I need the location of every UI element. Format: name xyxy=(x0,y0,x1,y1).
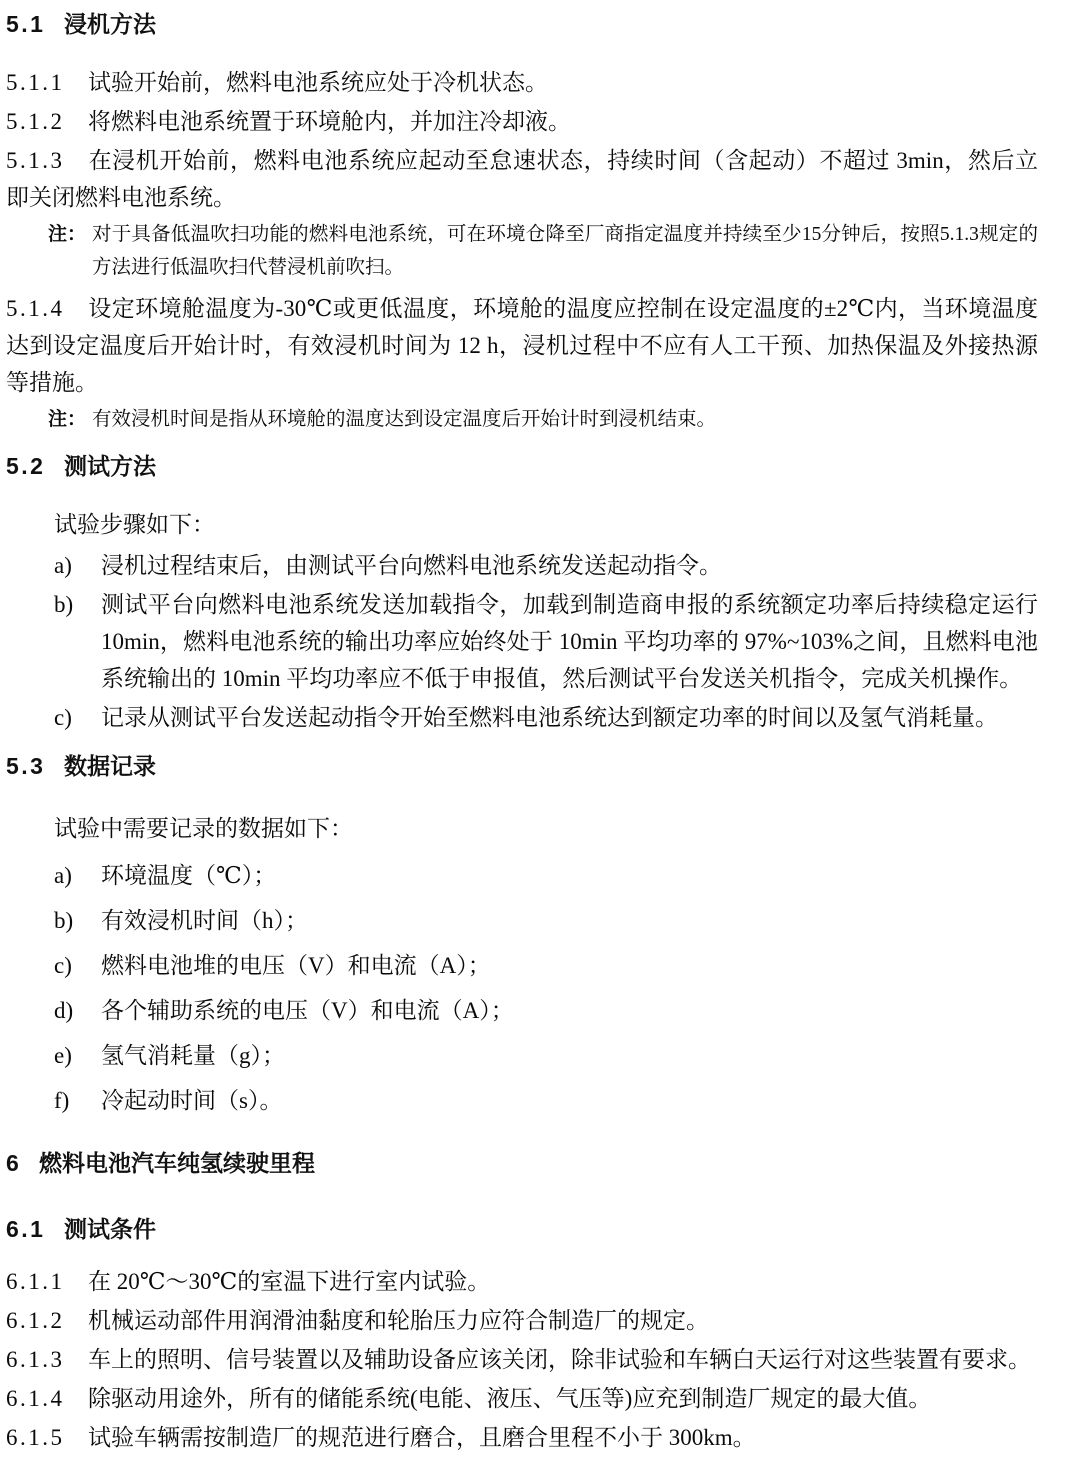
note-text: 对于具备低温吹扫功能的燃料电池系统，可在环境仓降至厂商指定温度并持续至少15分钟… xyxy=(92,218,1038,284)
list-marker: f) xyxy=(54,1082,101,1119)
section-heading-6-1: 6.1测试条件 xyxy=(6,1213,1038,1245)
list-text: 记录从测试平台发送起动指令开始至燃料电池系统达到额定功率的时间以及氢气消耗量。 xyxy=(101,699,1038,736)
list-marker: c) xyxy=(54,947,101,984)
list-item-5-2-a: a) 浸机过程结束后，由测试平台向燃料电池系统发送起动指令。 xyxy=(54,547,1038,584)
clause-5-1-1: 5.1.1试验开始前，燃料电池系统应处于冷机状态。 xyxy=(6,64,1038,101)
clause-5-1-3: 5.1.3在浸机开始前，燃料电池系统应起动至怠速状态，持续时间（含起动）不超过 … xyxy=(6,142,1038,216)
clause-text: 试验车辆需按制造厂的规范进行磨合，且磨合里程不小于 300km。 xyxy=(88,1425,756,1450)
note-text: 有效浸机时间是指从环境舱的温度达到设定温度后开始计时到浸机结束。 xyxy=(92,403,1038,436)
section-title: 测试方法 xyxy=(64,453,156,479)
section-number: 5.2 xyxy=(6,450,64,482)
clause-text: 在 20℃～30℃的室温下进行室内试验。 xyxy=(88,1269,490,1294)
list-item-5-3-e: e) 氢气消耗量（g）； xyxy=(54,1037,1038,1074)
list-item-5-3-b: b) 有效浸机时间（h）； xyxy=(54,902,1038,939)
clause-6-1-2: 6.1.2机械运动部件用润滑油黏度和轮胎压力应符合制造厂的规定。 xyxy=(6,1302,1038,1339)
list-marker: e) xyxy=(54,1037,101,1074)
list-item-5-2-b: b) 测试平台向燃料电池系统发送加载指令，加载到制造商申报的系统额定功率后持续稳… xyxy=(54,586,1038,697)
section-heading-5-3: 5.3数据记录 xyxy=(6,750,1038,782)
clause-number: 5.1.1 xyxy=(6,64,88,101)
list-item-5-3-d: d) 各个辅助系统的电压（V）和电流（A）； xyxy=(54,992,1038,1029)
list-item-5-3-a: a) 环境温度（℃）； xyxy=(54,857,1038,894)
section-title: 测试条件 xyxy=(64,1216,156,1242)
intro-5-2: 试验步骤如下： xyxy=(54,506,1038,543)
list-text: 有效浸机时间（h）； xyxy=(101,902,1038,939)
note-5-1-3: 注： 对于具备低温吹扫功能的燃料电池系统，可在环境仓降至厂商指定温度并持续至少1… xyxy=(48,218,1038,284)
clause-text: 将燃料电池系统置于环境舱内，并加注冷却液。 xyxy=(88,109,571,134)
section-title: 燃料电池汽车纯氢续驶里程 xyxy=(39,1150,315,1176)
section-number: 6.1 xyxy=(6,1213,64,1245)
list-marker: b) xyxy=(54,586,101,697)
section-title: 数据记录 xyxy=(64,753,156,779)
clause-text: 在浸机开始前，燃料电池系统应起动至怠速状态，持续时间（含起动）不超过 3min，… xyxy=(6,148,1038,210)
clause-number: 5.1.3 xyxy=(6,142,88,179)
list-marker: b) xyxy=(54,902,101,939)
section-heading-6: 6燃料电池汽车纯氢续驶里程 xyxy=(6,1147,1038,1179)
section-heading-5-1: 5.1浸机方法 xyxy=(6,8,1038,40)
intro-5-3: 试验中需要记录的数据如下： xyxy=(54,810,1038,847)
note-label: 注： xyxy=(48,403,92,436)
clause-number: 6.1.3 xyxy=(6,1341,88,1378)
section-number: 5.1 xyxy=(6,8,64,40)
list-text: 各个辅助系统的电压（V）和电流（A）； xyxy=(101,992,1038,1029)
list-text: 测试平台向燃料电池系统发送加载指令，加载到制造商申报的系统额定功率后持续稳定运行… xyxy=(101,586,1038,697)
list-marker: c) xyxy=(54,699,101,736)
list-marker: a) xyxy=(54,857,101,894)
clause-6-1-3: 6.1.3车上的照明、信号装置以及辅助设备应该关闭，除非试验和车辆白天运行对这些… xyxy=(6,1341,1038,1378)
section-number: 5.3 xyxy=(6,750,64,782)
clause-6-1-5: 6.1.5试验车辆需按制造厂的规范进行磨合，且磨合里程不小于 300km。 xyxy=(6,1419,1038,1456)
clause-5-1-2: 5.1.2将燃料电池系统置于环境舱内，并加注冷却液。 xyxy=(6,103,1038,140)
list-marker: a) xyxy=(54,547,101,584)
list-text: 燃料电池堆的电压（V）和电流（A）； xyxy=(101,947,1038,984)
list-text: 浸机过程结束后，由测试平台向燃料电池系统发送起动指令。 xyxy=(101,547,1038,584)
clause-number: 5.1.4 xyxy=(6,290,88,327)
list-marker: d) xyxy=(54,992,101,1029)
section-title: 浸机方法 xyxy=(64,11,156,37)
clause-number: 6.1.5 xyxy=(6,1419,88,1456)
clause-text: 设定环境舱温度为-30℃或更低温度，环境舱的温度应控制在设定温度的±2℃内，当环… xyxy=(6,296,1038,395)
clause-text: 除驱动用途外，所有的储能系统(电能、液压、气压等)应充到制造厂规定的最大值。 xyxy=(88,1386,931,1411)
section-number: 6 xyxy=(6,1147,39,1179)
clause-number: 6.1.2 xyxy=(6,1302,88,1339)
document-page: 5.1浸机方法 5.1.1试验开始前，燃料电池系统应处于冷机状态。 5.1.2将… xyxy=(0,0,1080,1478)
list-text: 冷起动时间（s）。 xyxy=(101,1082,1038,1119)
section-heading-5-2: 5.2测试方法 xyxy=(6,450,1038,482)
clause-number: 6.1.4 xyxy=(6,1380,88,1417)
list-item-5-2-c: c) 记录从测试平台发送起动指令开始至燃料电池系统达到额定功率的时间以及氢气消耗… xyxy=(54,699,1038,736)
clause-text: 机械运动部件用润滑油黏度和轮胎压力应符合制造厂的规定。 xyxy=(88,1308,709,1333)
clause-text: 试验开始前，燃料电池系统应处于冷机状态。 xyxy=(88,70,548,95)
clause-5-1-4: 5.1.4设定环境舱温度为-30℃或更低温度，环境舱的温度应控制在设定温度的±2… xyxy=(6,290,1038,401)
clause-number: 6.1.1 xyxy=(6,1263,88,1300)
clause-6-1-1: 6.1.1在 20℃～30℃的室温下进行室内试验。 xyxy=(6,1263,1038,1300)
note-label: 注： xyxy=(48,218,92,284)
clause-text: 车上的照明、信号装置以及辅助设备应该关闭，除非试验和车辆白天运行对这些装置有要求… xyxy=(88,1347,1031,1372)
note-5-1-4: 注： 有效浸机时间是指从环境舱的温度达到设定温度后开始计时到浸机结束。 xyxy=(48,403,1038,436)
clause-number: 5.1.2 xyxy=(6,103,88,140)
list-text: 环境温度（℃）； xyxy=(101,857,1038,894)
list-item-5-3-c: c) 燃料电池堆的电压（V）和电流（A）； xyxy=(54,947,1038,984)
list-item-5-3-f: f) 冷起动时间（s）。 xyxy=(54,1082,1038,1119)
clause-6-1-4: 6.1.4除驱动用途外，所有的储能系统(电能、液压、气压等)应充到制造厂规定的最… xyxy=(6,1380,1038,1417)
list-text: 氢气消耗量（g）； xyxy=(101,1037,1038,1074)
